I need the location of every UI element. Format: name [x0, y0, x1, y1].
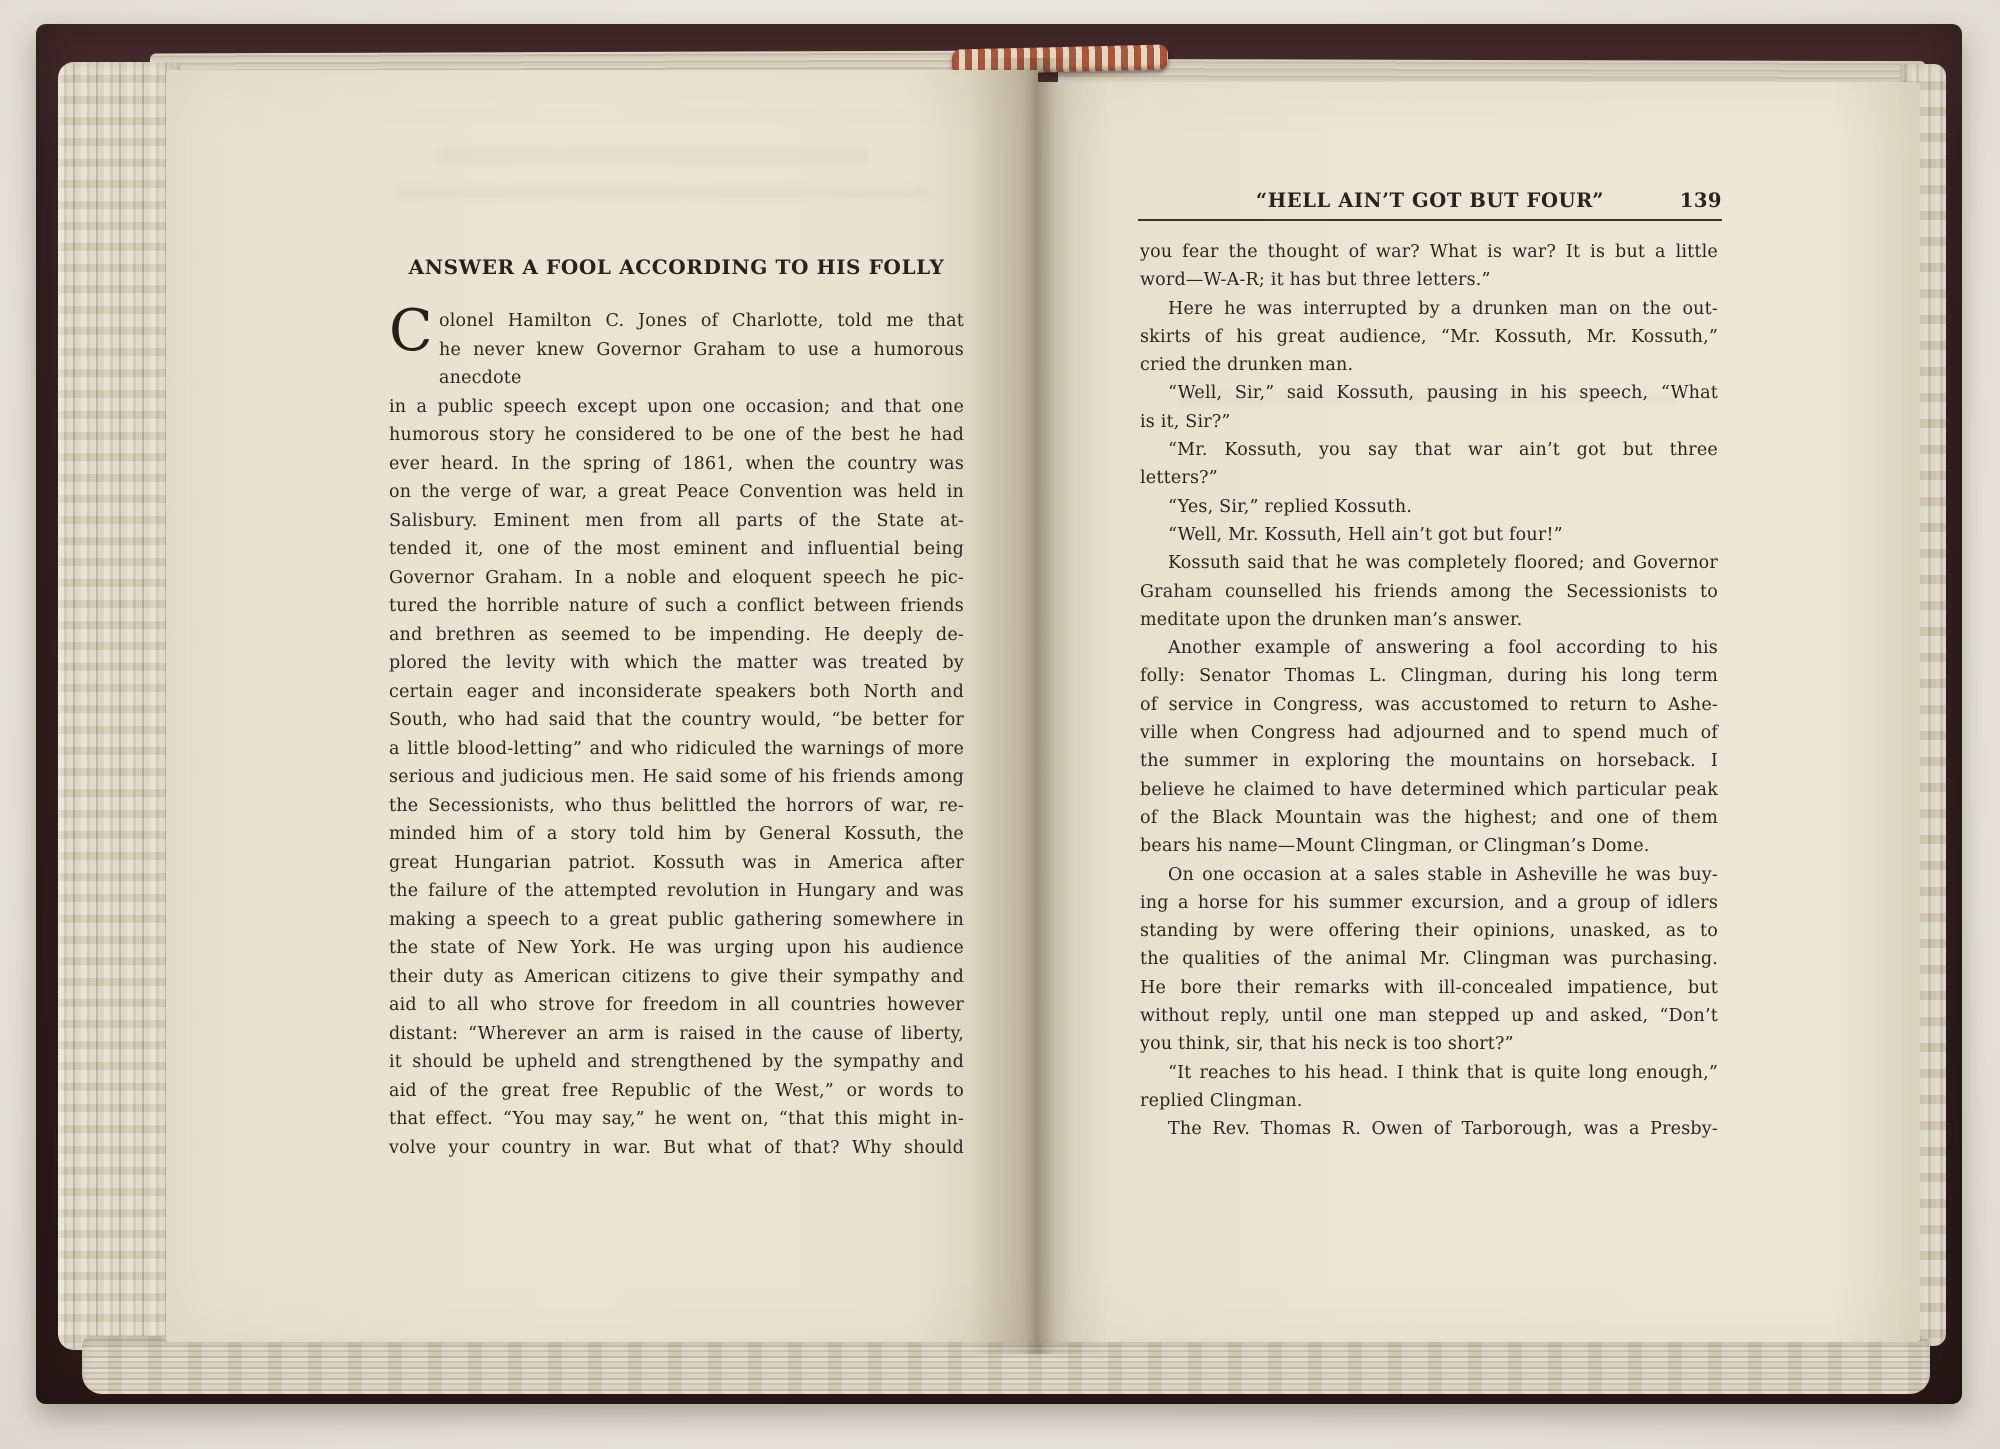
- text-line: great Hungarian patriot. Kossuth was in …: [389, 849, 964, 878]
- text-line: aid of the great free Republic of the We…: [389, 1077, 964, 1106]
- page-edges-bottom: [82, 1336, 1930, 1394]
- text-line: humorous story he considered to be one o…: [389, 421, 964, 450]
- text-line: tended it, one of the most eminent and i…: [389, 535, 964, 564]
- text-line: Graham counselled his friends among the …: [1140, 578, 1718, 606]
- running-header: “HELL AIN’T GOT BUT FOUR”: [1256, 189, 1604, 212]
- photo-scene: ANSWER A FOOL ACCORDING TO HIS FOLLY C o…: [0, 0, 2000, 1449]
- text-line: serious and judicious men. He said some …: [389, 763, 964, 792]
- text-line: certain eager and inconsiderate speakers…: [389, 678, 964, 707]
- text-line: replied Clingman.: [1140, 1087, 1718, 1115]
- text-line: The Rev. Thomas R. Owen of Tarborough, w…: [1140, 1115, 1718, 1143]
- text-line: the qualities of the animal Mr. Clingman…: [1140, 945, 1718, 973]
- text-line: their duty as American citizens to give …: [389, 963, 964, 992]
- text-line: “Mr. Kossuth, you say that war ain’t got…: [1140, 436, 1718, 464]
- text-line: you fear the thought of war? What is war…: [1140, 238, 1718, 266]
- right-page-body: you fear the thought of war? What is war…: [1140, 238, 1718, 1144]
- text-line: of the Black Mountain was the highest; a…: [1140, 804, 1718, 832]
- text-line: making a speech to a great public gather…: [389, 906, 964, 935]
- text-line: Kossuth said that he was completely floo…: [1140, 549, 1718, 577]
- text-line: is it, Sir?”: [1140, 408, 1718, 436]
- text-line: Governor Graham. In a noble and eloquent…: [389, 564, 964, 593]
- running-header-row: “HELL AIN’T GOT BUT FOUR” 139: [1138, 188, 1722, 214]
- text-line: on the verge of war, a great Peace Conve…: [389, 478, 964, 507]
- text-line: He bore their remarks with ill-concealed…: [1140, 974, 1718, 1002]
- left-page-body: olonel Hamilton C. Jones of Charlotte, t…: [389, 307, 964, 1162]
- text-line: Salisbury. Eminent men from all parts of…: [389, 507, 964, 536]
- text-line: ing a horse for his summer excursion, an…: [1140, 889, 1718, 917]
- show-through-smudge: [398, 186, 928, 199]
- text-line: aid to all who strove for freedom in all…: [389, 991, 964, 1020]
- text-line: without reply, until one man stepped up …: [1140, 1002, 1718, 1030]
- text-line: the state of New York. He was urging upo…: [389, 934, 964, 963]
- header-rule: [1138, 219, 1722, 221]
- text-line: “Yes, Sir,” replied Kossuth.: [1140, 493, 1718, 521]
- chapter-heading: ANSWER A FOOL ACCORDING TO HIS FOLLY: [389, 254, 964, 280]
- text-line: Another example of answering a fool acco…: [1140, 634, 1718, 662]
- text-line: “Well, Mr. Kossuth, Hell ain’t got but f…: [1140, 521, 1718, 549]
- text-line: and brethren as seemed to be impending. …: [389, 621, 964, 650]
- text-line: ville when Congress had adjourned and to…: [1140, 719, 1718, 747]
- text-line: bears his name—Mount Clingman, or Clingm…: [1140, 832, 1718, 860]
- text-line: tured the horrible nature of such a conf…: [389, 592, 964, 621]
- text-line: in a public speech except upon one occas…: [389, 393, 964, 422]
- text-line: On one occasion at a sales stable in Ash…: [1140, 861, 1718, 889]
- text-line: minded him of a story told him by Genera…: [389, 820, 964, 849]
- page-edges-left: [58, 62, 180, 1350]
- text-line: folly: Senator Thomas L. Clingman, durin…: [1140, 662, 1718, 690]
- text-line: volve your country in war. But what of t…: [389, 1134, 964, 1163]
- text-line: letters?”: [1140, 464, 1718, 492]
- text-line: meditate upon the drunken man’s answer.: [1140, 606, 1718, 634]
- text-line: olonel Hamilton C. Jones of Charlotte, t…: [389, 307, 964, 336]
- text-line: you think, sir, that his neck is too sho…: [1140, 1030, 1718, 1058]
- text-line: distant: “Wherever an arm is raised in t…: [389, 1020, 964, 1049]
- text-line: that effect. “You may say,” he went on, …: [389, 1105, 964, 1134]
- text-line: a little blood-letting” and who ridicule…: [389, 735, 964, 764]
- text-line: cried the drunken man.: [1140, 351, 1718, 379]
- page-number: 139: [1680, 188, 1722, 214]
- text-line: “Well, Sir,” said Kossuth, pausing in hi…: [1140, 379, 1718, 407]
- text-line: believe he claimed to have determined wh…: [1140, 776, 1718, 804]
- text-line: he never knew Governor Graham to use a h…: [389, 336, 964, 393]
- text-line: standing by were offering their opinions…: [1140, 917, 1718, 945]
- text-line: the failure of the attempted revolution …: [389, 877, 964, 906]
- text-line: South, who had said that the country wou…: [389, 706, 964, 735]
- text-line: Here he was interrupted by a drunken man…: [1140, 295, 1718, 323]
- show-through-smudge: [438, 148, 868, 163]
- text-line: of service in Congress, was accustomed t…: [1140, 691, 1718, 719]
- text-line: ever heard. In the spring of 1861, when …: [389, 450, 964, 479]
- text-line: skirts of his great audience, “Mr. Kossu…: [1140, 323, 1718, 351]
- text-line: the Secessionists, who thus belittled th…: [389, 792, 964, 821]
- text-line: plored the levity with which the matter …: [389, 649, 964, 678]
- text-line: the summer in exploring the mountains on…: [1140, 747, 1718, 775]
- text-line: word—W-A-R; it has but three letters.”: [1140, 266, 1718, 294]
- text-line: it should be upheld and strengthened by …: [389, 1048, 964, 1077]
- text-line: “It reaches to his head. I think that is…: [1140, 1059, 1718, 1087]
